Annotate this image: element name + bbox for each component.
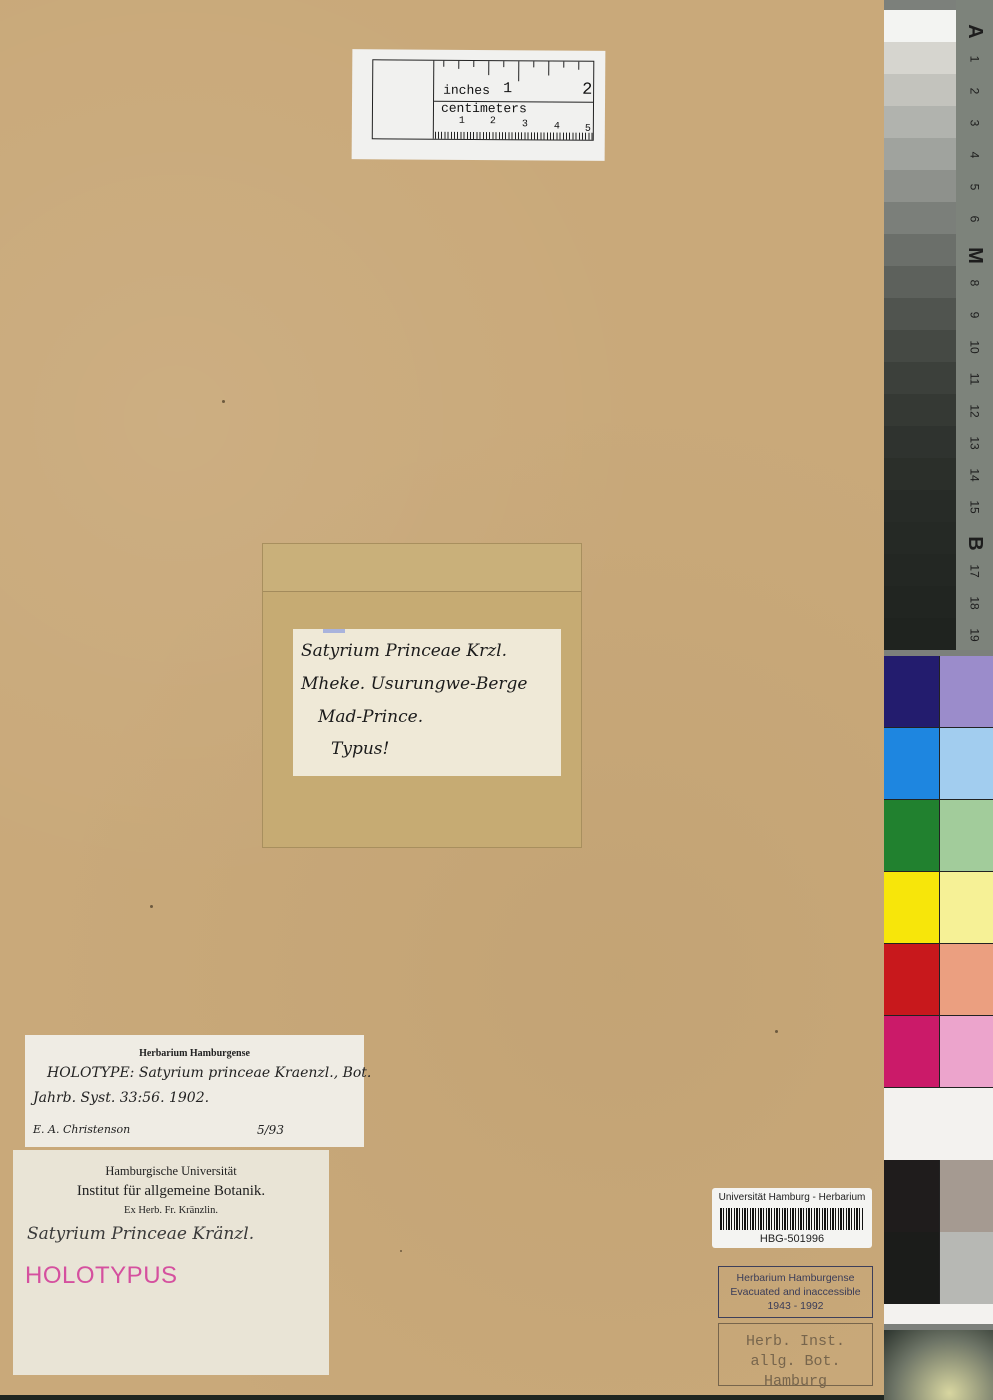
envelope-label-line: Mad-Prince.: [318, 707, 423, 727]
collection-label-herbarium: Ex Herb. Fr. Kränzlin.: [13, 1205, 329, 1216]
specimen-speck: [150, 905, 153, 908]
herbarium-sheet: inches 1 2 centimeters 1 2 3 4 5 Saty: [0, 0, 884, 1395]
ruler-tick: [473, 61, 474, 67]
gray-patch: [884, 170, 956, 202]
ruler-inches-label: inches: [443, 83, 490, 98]
ruler-cm-mark: 3: [522, 119, 528, 130]
white-border: [884, 1304, 993, 1324]
gray-patch: [884, 394, 956, 426]
color-patch-grid: [884, 656, 993, 1324]
color-patch: [884, 1232, 940, 1304]
barcode-id: HBG-501996: [712, 1233, 872, 1245]
gray-patch: [884, 10, 956, 42]
determination-label-header: Herbarium Hamburgense: [25, 1048, 364, 1059]
determination-date: 5/93: [257, 1123, 284, 1137]
holotypus-stamp: HOLOTYPUS: [25, 1262, 178, 1290]
color-patch: [940, 1016, 993, 1087]
color-patch: [940, 656, 993, 727]
gray-patch: [884, 266, 956, 298]
color-patch-row: [884, 1160, 993, 1232]
color-patch: [940, 944, 993, 1015]
gray-patch: [884, 554, 956, 586]
color-patch: [940, 728, 993, 799]
ruler-blank-area: [373, 60, 435, 138]
determination-line: Jahrb. Syst. 33:56. 1902.: [33, 1090, 209, 1106]
collection-label-institute: Institut für allgemeine Botanik.: [13, 1183, 329, 1200]
color-patch: [884, 1016, 940, 1087]
ruler-tick: [533, 61, 534, 67]
collection-label-university: Hamburgische Universität: [13, 1164, 329, 1179]
gray-patch: [884, 458, 956, 490]
color-patch: [940, 1160, 993, 1232]
gray-scale-label: 19: [968, 617, 982, 654]
ruler-tick: [548, 61, 549, 75]
ruler-tick: [578, 62, 579, 70]
color-patch-row: [884, 728, 993, 800]
ruler-tick: [563, 62, 564, 68]
color-patch: [940, 872, 993, 943]
envelope-flap: [263, 544, 581, 592]
gray-patch: [884, 522, 956, 554]
color-patch: [884, 1160, 940, 1232]
institute-stamp-line: Herb. Inst. allg. Bot.: [719, 1332, 872, 1372]
evacuation-stamp-line: Evacuated and inaccessible: [719, 1285, 872, 1299]
color-patch-row: [884, 872, 993, 944]
ruler-centimeters-label: centimeters: [441, 101, 527, 117]
gray-patch: [884, 74, 956, 106]
color-patch: [884, 728, 940, 799]
color-patch: [884, 800, 940, 871]
color-checker-card: A123456M89101112131415B171819: [884, 0, 993, 1400]
ruler-mm-ticks: [435, 132, 593, 140]
gray-patch: [884, 202, 956, 234]
ruler-tick: [488, 61, 489, 75]
determiner-name: E. A. Christenson: [33, 1123, 130, 1136]
barcode-label: Universität Hamburg - Herbarium HBG-5019…: [712, 1188, 872, 1248]
ruler-frame: inches 1 2 centimeters 1 2 3 4 5: [372, 59, 595, 141]
gray-patch: [884, 234, 956, 266]
ruler-cm-mark: 1: [459, 116, 465, 127]
institute-stamp-line: Hamburg: [719, 1372, 872, 1392]
institute-stamp: Herb. Inst. allg. Bot. Hamburg: [718, 1323, 873, 1386]
gray-patch: [884, 490, 956, 522]
gray-patch: [884, 362, 956, 394]
color-patch-row: [884, 656, 993, 728]
ruler-tick: [518, 61, 519, 81]
specimen-envelope: Satyrium Princeae Krzl. Mheke. Usurungwe…: [262, 543, 582, 848]
determination-label: Herbarium Hamburgense HOLOTYPE: Satyrium…: [25, 1035, 364, 1147]
color-patch: [940, 1232, 993, 1304]
gray-scale-labels: A123456M89101112131415B171819: [956, 0, 993, 650]
determination-line: HOLOTYPE: Satyrium princeae Kraenzl., Bo…: [47, 1065, 371, 1081]
color-patch: [940, 800, 993, 871]
ruler-tick: [458, 61, 459, 69]
color-patch: [884, 872, 940, 943]
background-surface: [884, 1330, 993, 1400]
barcode-institution: Universität Hamburg - Herbarium: [712, 1192, 872, 1203]
gray-scale-column: [884, 10, 956, 650]
envelope-label-line: Typus!: [331, 739, 389, 759]
gray-patch: [884, 138, 956, 170]
barcode-bars: [720, 1208, 864, 1230]
specimen-speck: [222, 400, 225, 403]
scale-ruler: inches 1 2 centimeters 1 2 3 4 5: [352, 49, 606, 161]
color-patch-row: [884, 800, 993, 872]
collection-label-handwritten-name: Satyrium Princeae Kränzl.: [27, 1224, 254, 1244]
envelope-label-line: Mheke. Usurungwe-Berge: [301, 674, 527, 694]
envelope-label-line: Satyrium Princeae Krzl.: [301, 641, 507, 661]
blue-ink-mark: [323, 629, 345, 633]
color-patch-row: [884, 944, 993, 1016]
gray-patch: [884, 330, 956, 362]
ruler-inch-mark: 2: [582, 81, 592, 100]
evacuation-stamp-line: Herbarium Hamburgense: [719, 1271, 872, 1285]
specimen-speck: [400, 1250, 402, 1252]
bottom-edge: [0, 1395, 884, 1400]
gray-patch: [884, 106, 956, 138]
ruler-tick: [443, 61, 444, 67]
gray-patch: [884, 298, 956, 330]
color-patch-row: [884, 1232, 993, 1304]
gray-patch: [884, 586, 956, 618]
color-patch: [884, 656, 940, 727]
color-patch-row: [884, 1016, 993, 1088]
gray-scale-label: 15: [968, 489, 982, 526]
color-patch: [884, 944, 940, 1015]
gray-patch: [884, 618, 956, 650]
gray-patch: [884, 42, 956, 74]
evacuation-stamp: Herbarium Hamburgense Evacuated and inac…: [718, 1266, 873, 1318]
specimen-speck: [775, 1030, 778, 1033]
ruler-cm-mark: 2: [490, 116, 496, 127]
envelope-label: Satyrium Princeae Krzl. Mheke. Usurungwe…: [293, 629, 561, 776]
ruler-cm-mark: 4: [554, 122, 560, 133]
evacuation-stamp-line: 1943 - 1992: [719, 1299, 872, 1313]
ruler-tick: [503, 61, 504, 67]
white-patch: [884, 1088, 993, 1160]
collection-label: Hamburgische Universität Institut für al…: [13, 1150, 329, 1375]
gray-scale-label: 6: [968, 201, 982, 238]
gray-patch: [884, 426, 956, 458]
ruler-inch-mark: 1: [503, 80, 512, 97]
